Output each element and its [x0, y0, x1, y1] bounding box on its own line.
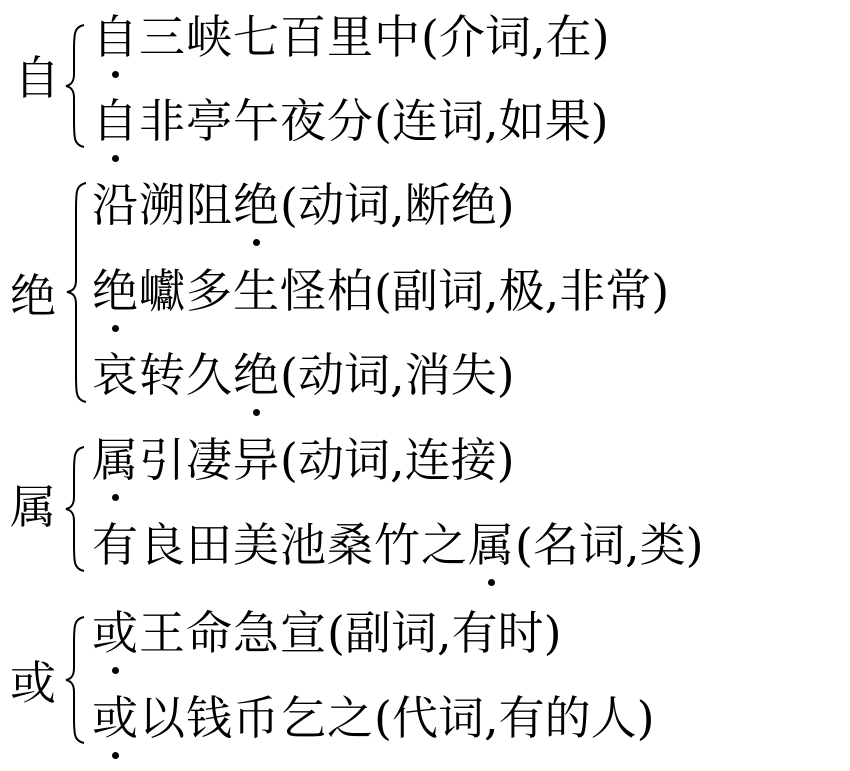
- left-brace-icon: [62, 22, 90, 150]
- left-brace-icon: [62, 180, 92, 405]
- sentence-rest: 有良田美池桑竹之: [92, 518, 468, 572]
- gloss: (动词,消失): [280, 348, 515, 402]
- sentence-rest: 哀转久: [92, 348, 233, 402]
- dotted-char: 自: [92, 14, 139, 60]
- gloss: (连词,如果): [374, 94, 609, 148]
- dotted-char: 绝: [233, 352, 280, 398]
- example-line: 哀转久绝(动词,消失): [92, 352, 515, 398]
- dotted-char: 或: [92, 695, 139, 741]
- gloss: (代词,有的人): [374, 691, 655, 745]
- sentence-rest: 引凄异: [139, 433, 280, 487]
- gloss: (动词,连接): [280, 433, 515, 487]
- sentence-rest: 沿溯阻: [92, 178, 233, 232]
- example-line: 自非亭午夜分(连词,如果): [92, 98, 609, 144]
- gloss: (副词,极,非常): [374, 264, 669, 318]
- example-line: 或以钱币乞之(代词,有的人): [92, 695, 655, 741]
- example-line: 沿溯阻绝(动词,断绝): [92, 182, 515, 228]
- dotted-char: 属: [92, 437, 139, 483]
- dotted-char: 属: [468, 522, 515, 568]
- left-brace-icon: [62, 444, 90, 574]
- example-line: 有良田美池桑竹之属(名词,类): [92, 522, 704, 568]
- gloss: (动词,断绝): [280, 178, 515, 232]
- gloss: (介词,在): [421, 10, 610, 64]
- dotted-char: 或: [92, 610, 139, 656]
- sentence-rest: 非亭午夜分: [139, 94, 374, 148]
- dotted-char: 绝: [92, 268, 139, 314]
- dotted-char: 自: [92, 98, 139, 144]
- sentence-rest: 三峡七百里中: [139, 10, 421, 64]
- dotted-char: 绝: [233, 182, 280, 228]
- sentence-rest: 王命急宣: [139, 606, 327, 660]
- head-word: 自: [14, 55, 60, 101]
- example-line: 自三峡七百里中(介词,在): [92, 14, 610, 60]
- example-line: 绝巘多生怪柏(副词,极,非常): [92, 268, 669, 314]
- head-word: 属: [10, 484, 56, 530]
- head-word: 或: [10, 660, 56, 706]
- gloss: (副词,有时): [327, 606, 562, 660]
- example-line: 或王命急宣(副词,有时): [92, 610, 562, 656]
- example-line: 属引凄异(动词,连接): [92, 437, 515, 483]
- gloss: (名词,类): [515, 518, 704, 572]
- left-brace-icon: [62, 614, 90, 746]
- head-word: 绝: [10, 273, 56, 319]
- sentence-rest: 以钱币乞之: [139, 691, 374, 745]
- sentence-rest: 巘多生怪柏: [139, 264, 374, 318]
